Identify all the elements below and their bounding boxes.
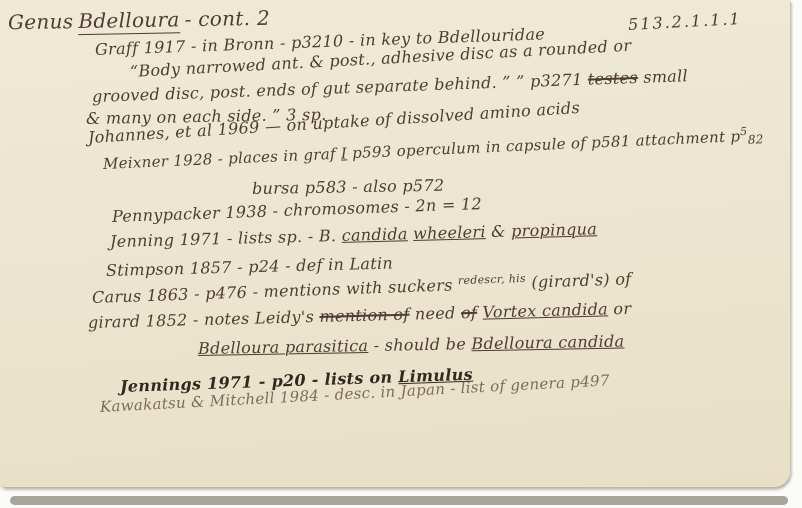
genus-label: Genus bbox=[8, 9, 74, 34]
note-segment: Bdelloura candida bbox=[471, 332, 624, 354]
note-segment: Vortex candida bbox=[482, 299, 608, 321]
note-segment: p593 operculum in capsule of p581 attach… bbox=[347, 127, 741, 162]
note-segment: small bbox=[638, 66, 689, 87]
note-segment: (girard's) of bbox=[526, 269, 632, 292]
note-segment: or bbox=[608, 299, 632, 319]
note-segment: testes bbox=[588, 68, 639, 89]
note-segment: Meixner 1928 - places in graf bbox=[103, 145, 342, 173]
note-segment: Pennypacker 1938 - chromosomes - 2n = 12 bbox=[112, 194, 483, 226]
note-segment: need bbox=[409, 303, 461, 323]
note-segment: Bdelloura parasitica bbox=[198, 336, 369, 358]
note-line: Jenning 1971 - lists sp. - B. candida wh… bbox=[110, 219, 598, 251]
note-segment: wheeleri bbox=[413, 222, 486, 243]
scanner-shadow bbox=[10, 496, 788, 505]
note-line: Pennypacker 1938 - chromosomes - 2n = 12 bbox=[112, 194, 483, 226]
scanned-page: Genus Bdelloura - cont. 2 513.2.1.1.1 Gr… bbox=[0, 0, 802, 508]
note-segment: Stimpson 1857 - p24 - def in Latin bbox=[106, 253, 393, 280]
note-line: bursa p583 - also p572 bbox=[252, 176, 445, 198]
catalog-number: 513.2.1.1.1 bbox=[628, 9, 742, 34]
note-segment: Jenning 1971 - lists sp. - B. bbox=[110, 226, 342, 251]
note-segment: Carus 1863 - p476 - mentions with sucker… bbox=[92, 275, 459, 307]
note-segment: bursa p583 - also p572 bbox=[252, 176, 445, 198]
note-segment: mention of bbox=[319, 305, 410, 326]
note-segment: & bbox=[486, 222, 512, 242]
card-header: Genus Bdelloura - cont. 2 bbox=[8, 6, 270, 36]
note-line: Bdelloura parasitica - should be Bdellou… bbox=[198, 332, 625, 358]
note-segment: redescr, his bbox=[458, 272, 526, 287]
note-segment: propinqua bbox=[511, 219, 597, 240]
index-card: Genus Bdelloura - cont. 2 513.2.1.1.1 Gr… bbox=[0, 0, 790, 487]
note-segment: candida bbox=[341, 224, 408, 245]
genus-name: Bdelloura bbox=[78, 7, 180, 35]
note-line: Stimpson 1857 - p24 - def in Latin bbox=[106, 253, 393, 280]
note-segment: girard 1852 - notes Leidy's bbox=[88, 307, 320, 332]
note-segment: of bbox=[461, 303, 478, 322]
note-segment: - should be bbox=[368, 334, 472, 355]
note-segment: 82 bbox=[747, 132, 763, 147]
header-suffix: - cont. 2 bbox=[184, 6, 270, 31]
